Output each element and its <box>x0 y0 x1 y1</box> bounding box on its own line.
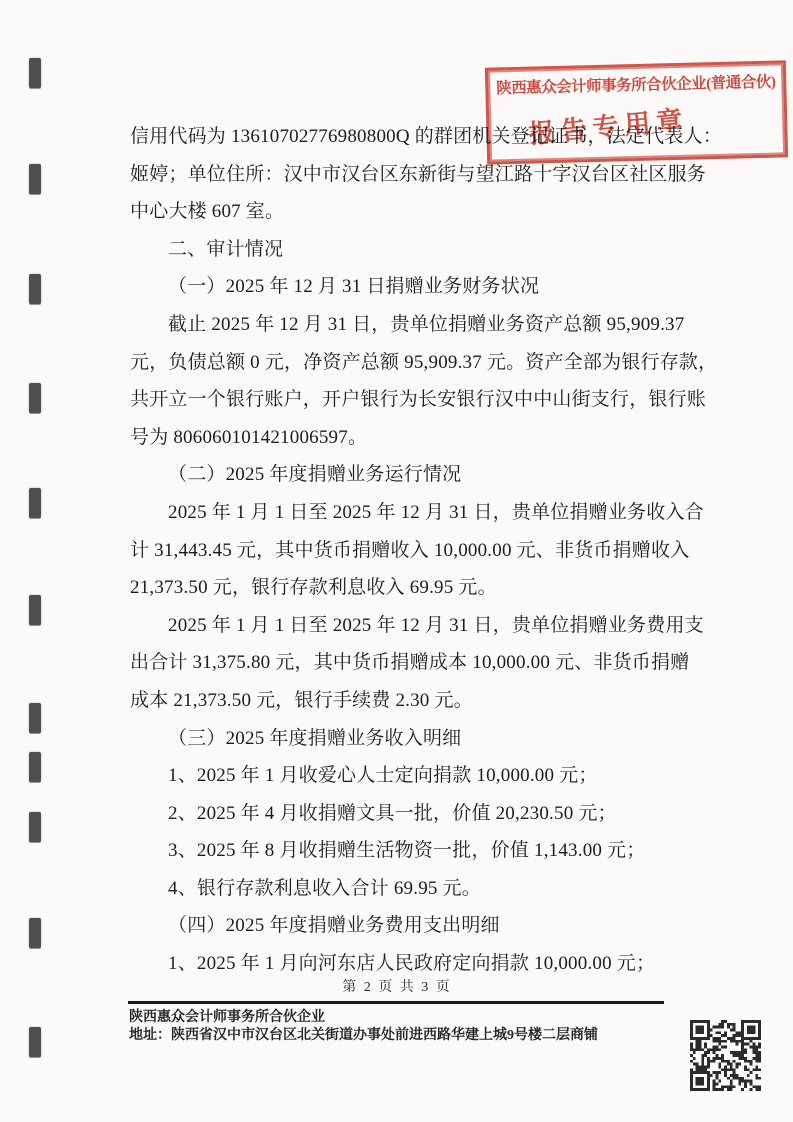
binding-hole-mark <box>29 812 41 842</box>
binding-hole-mark <box>29 918 41 948</box>
binding-hole-mark <box>29 383 41 413</box>
document-line: （二）2025 年度捐赠业务运行情况 <box>130 456 675 494</box>
document-line: 号为 806060101421006597。 <box>130 419 675 457</box>
qr-code-icon <box>690 1020 761 1091</box>
document-line: （一）2025 年 12 月 31 日捐赠业务财务状况 <box>130 268 675 306</box>
document-line: （三）2025 年度捐赠业务收入明细 <box>130 720 675 758</box>
footer-divider <box>128 1001 664 1004</box>
binding-hole-mark <box>29 1027 41 1057</box>
binding-hole-mark <box>29 595 41 625</box>
document-line: 二、审计情况 <box>130 231 675 269</box>
document-line: 截止 2025 年 12 月 31 日，贵单位捐赠业务资产总额 95,909.3… <box>130 306 675 344</box>
page-number: 第 2 页 共 3 页 <box>128 976 666 996</box>
document-line: 2、2025 年 4 月收捐赠文具一批，价值 20,230.50 元； <box>130 795 675 833</box>
document-line: 4、银行存款利息收入合计 69.95 元。 <box>130 870 675 908</box>
binding-hole-mark <box>29 58 41 88</box>
document-line: 元，负债总额 0 元，净资产总额 95,909.37 元。资产全部为银行存款， <box>130 344 675 382</box>
document-body: 信用代码为 13610702776980800Q 的群团机关登记证书，法定代表人… <box>130 118 675 983</box>
binding-hole-mark <box>29 164 41 194</box>
scanned-document-page: 信用代码为 13610702776980800Q 的群团机关登记证书，法定代表人… <box>0 0 793 1122</box>
document-line: 计 31,443.45 元，其中货币捐赠收入 10,000.00 元、非货币捐赠… <box>130 532 675 570</box>
document-line: 2025 年 1 月 1 日至 2025 年 12 月 31 日，贵单位捐赠业务… <box>130 494 675 532</box>
document-line: 3、2025 年 8 月收捐赠生活物资一批，价值 1,143.00 元； <box>130 832 675 870</box>
document-line: 出合计 31,375.80 元，其中货币捐赠成本 10,000.00 元、非货币… <box>130 644 675 682</box>
document-line: 2025 年 1 月 1 日至 2025 年 12 月 31 日，贵单位捐赠业务… <box>130 607 675 645</box>
report-seal-stamp: 陕西惠众会计师事务所合伙企业(普通合伙) 报告专用章 <box>485 60 788 164</box>
binding-hole-mark <box>29 703 41 733</box>
document-line: 成本 21,373.50 元，银行手续费 2.30 元。 <box>130 682 675 720</box>
document-line: （四）2025 年度捐赠业务费用支出明细 <box>130 907 675 945</box>
document-line: 中心大楼 607 室。 <box>130 193 675 231</box>
binding-hole-mark <box>29 752 41 782</box>
document-line: 共开立一个银行账户，开户银行为长安银行汉中中山街支行，银行账 <box>130 381 675 419</box>
document-line: 21,373.50 元，银行存款利息收入 69.95 元。 <box>130 569 675 607</box>
footer-firm-name: 陕西惠众会计师事务所合伙企业 <box>129 1006 325 1026</box>
binding-hole-mark <box>29 274 41 304</box>
footer-address: 地址：陕西省汉中市汉台区北关街道办事处前进西路华建上城9号楼二层商铺 <box>129 1024 598 1044</box>
binding-hole-mark <box>29 488 41 518</box>
document-line: 1、2025 年 1 月收爱心人士定向捐款 10,000.00 元； <box>130 757 675 795</box>
